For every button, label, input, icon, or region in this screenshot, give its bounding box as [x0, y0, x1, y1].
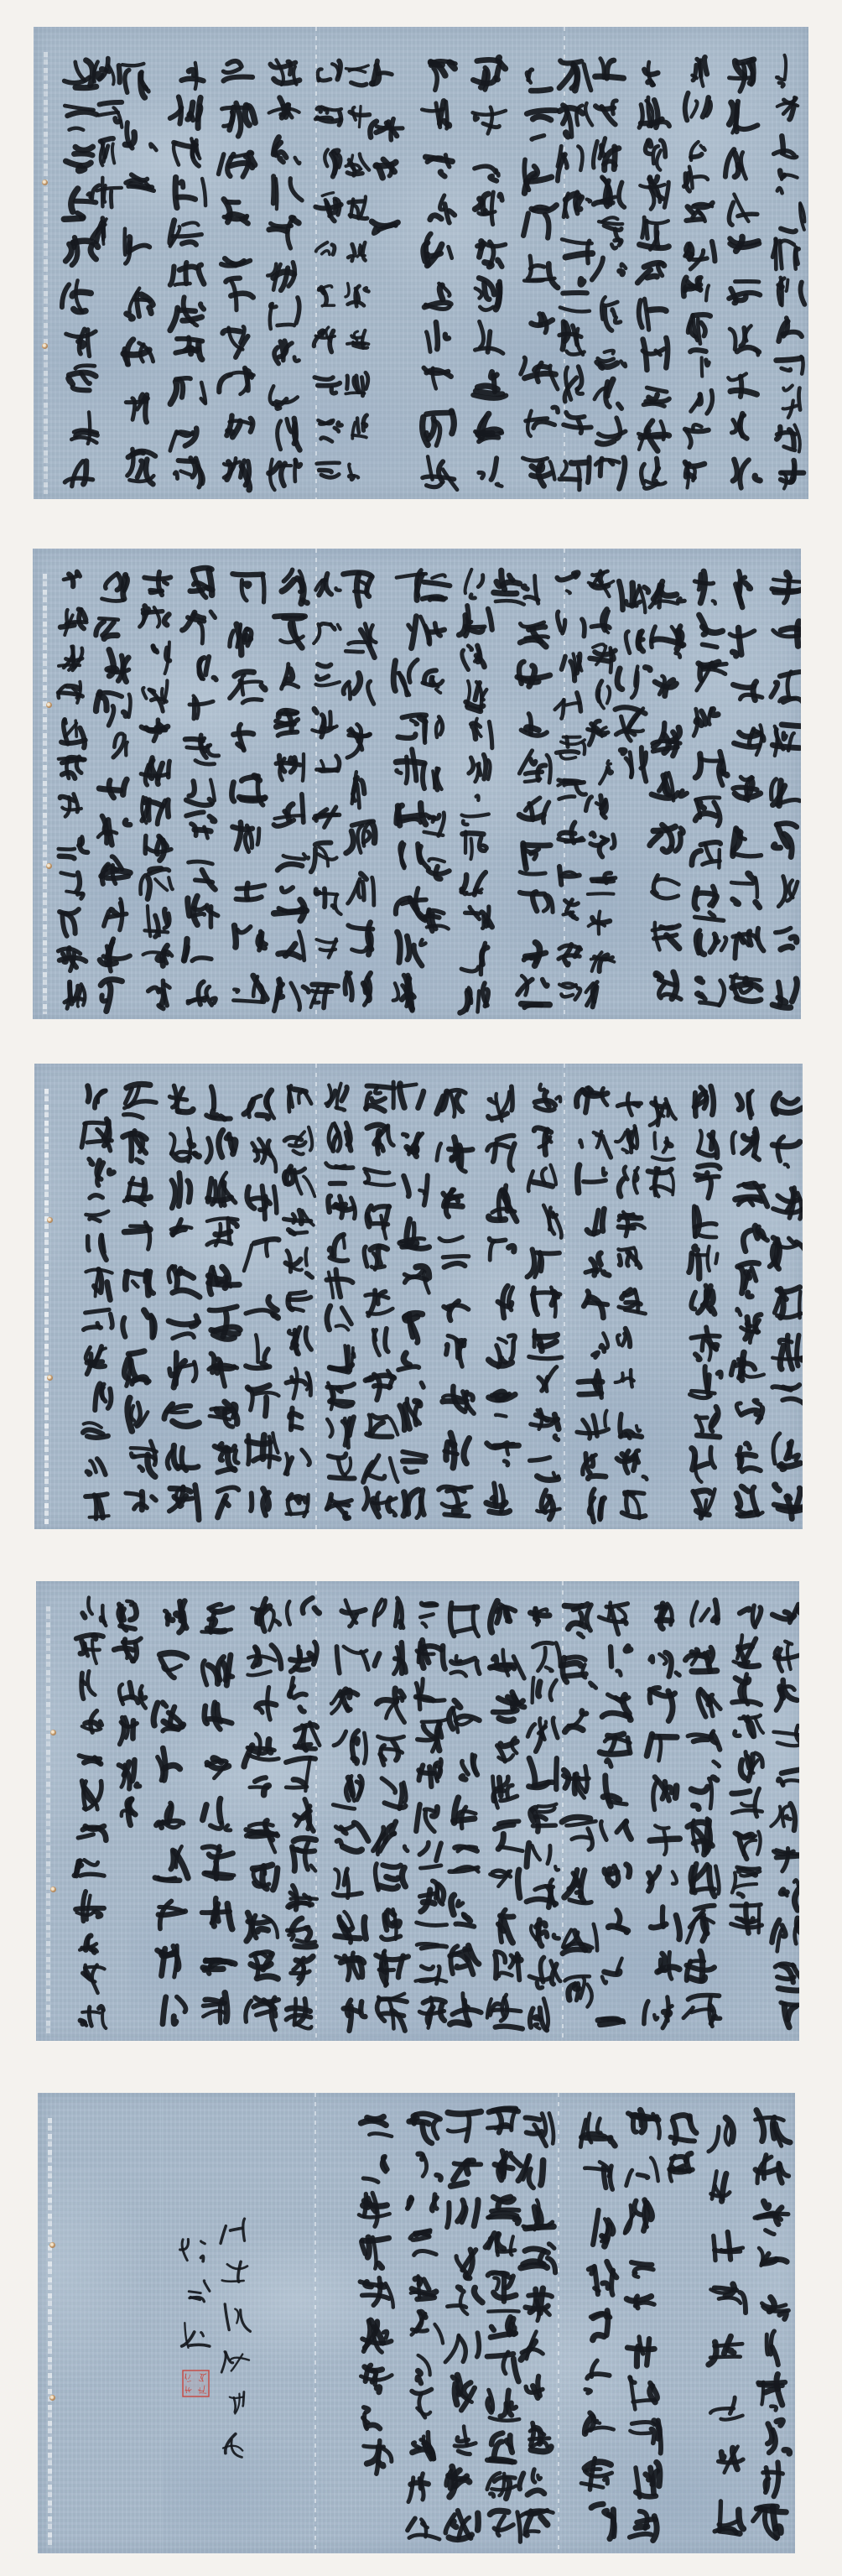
- text-column: 途之求捷去孑技略若長為: [629, 52, 679, 493]
- column-text: 和平良不之心手世度陳: [724, 1079, 774, 1525]
- text-column: 皇極之疇無黨無偏反: [573, 2105, 623, 2546]
- column-text: 三曰名家其法誑沒若遜: [55, 52, 106, 493]
- calligraphy-album: 古陵於二而下來於群妙收陶功有淵源孰云美善識表圖入而名是道之染於古而今途之求捷去孑…: [0, 0, 842, 2576]
- binding-fold-streak: [44, 52, 48, 494]
- text-column: 未必妙入正宗端揆未名家: [679, 1079, 730, 1525]
- calligraphy-panel-3: 書而博規經道室志宗和平良不之心手世度陳未必妙入正宗端揆未名家之別也書之法則點畫攸…: [34, 1064, 803, 1529]
- column-text: 大學之旨先務修齊正乎: [618, 2105, 668, 2546]
- text-column: 知執出將同衡從古度數: [303, 52, 353, 493]
- text-column: 五曰傍流泥放悍然頹巧: [385, 564, 435, 1015]
- text-column: 涉歷之異奇吾珠驚時: [223, 564, 273, 1015]
- text-column: 三曰名家其法誑沒若遜: [55, 52, 106, 493]
- column-text: 制為規矩故曰規矩方圓: [746, 2105, 795, 2546]
- seal-text: 朱偉誥印: [182, 2370, 210, 2397]
- text-column: 也已譬夫學謳之徒字音: [237, 1594, 288, 2034]
- column-text: 魂絕於一時學識練入神: [637, 1594, 688, 2034]
- text-column: 談從山推臣翁如風海餘蘊: [175, 564, 226, 1015]
- text-column: 和平良不之心手世度陳: [724, 1079, 774, 1525]
- column-text: 以資貴聰穎學尚淵深資: [158, 1079, 208, 1525]
- column-text: 途之求捷去孑技略若長為: [629, 52, 679, 493]
- column-text: 提之滿勢懸迴不脫胎易: [211, 52, 262, 493]
- text-column: 也豈有放辟邪侈而可以昭: [400, 2105, 450, 2546]
- binding-fold-streak: [46, 1606, 50, 2036]
- column-text: 五曰傍流泥放悍然頹巧: [385, 564, 435, 1015]
- text-column: 學乃居先古人云蓋有學而知: [72, 1079, 122, 1525]
- column-text: 性情各異猶同源分流共樹: [568, 1079, 618, 1525]
- text-column: 功有淵源孰云美善識表: [719, 52, 769, 493]
- column-text: 朱偉誥: [170, 2230, 221, 2358]
- text-column: 端雅弈矣奇解此謂大成: [464, 52, 514, 493]
- red-seal-stamp: 朱偉誥印: [182, 2370, 210, 2397]
- signature-name-column: 朱偉誥: [170, 2230, 221, 2358]
- column-text: 骨之文紅汲飢程之世稱之: [163, 52, 213, 493]
- text-column: 魂絕於一時學識練入神: [637, 1594, 688, 2034]
- binding-hole: [42, 180, 48, 185]
- column-text: 萬子正其心之道者乎: [350, 2106, 400, 2479]
- calligraphy-panel-1: 古陵於二而下來於群妙收陶功有淵源孰云美善識表圖入而名是道之染於古而今途之求捷去孑…: [34, 27, 808, 499]
- binding-hole: [50, 1730, 56, 1736]
- text-column: 提之滿勢懸迴不脫胎易: [211, 52, 262, 493]
- text-column: 淺深資學兼長神融筆: [478, 1079, 528, 1525]
- text-column: 骨之文紅汲飢程之世稱之: [163, 52, 213, 493]
- column-text: 學乃居先古人云蓋有學而知: [72, 1079, 122, 1525]
- binding-fold-streak: [48, 2118, 52, 2548]
- column-text: 圖入而名是道之染於古而今: [673, 52, 724, 493]
- text-column: 板調無唱無熟亦唇齒: [193, 1594, 243, 2034]
- column-text: 天圓地方群類象形聖人做則: [65, 1594, 115, 2034]
- column-text: 已集妙入時中繼往開來: [413, 52, 464, 493]
- paper-crease: [314, 2093, 316, 2553]
- column-text: 儀理義而擇流弛張悅遂: [509, 564, 559, 1015]
- column-text: 功有淵源孰云美善識表: [719, 52, 769, 493]
- text-column: 圖入而名是道之染於古而今: [673, 52, 724, 493]
- text-column: 已集妙入時中繼往開來: [413, 52, 464, 493]
- column-text: 板調無唱無熟亦唇齒: [193, 1594, 243, 2034]
- column-text: 也豈有放辟邪侈而可以昭: [400, 2105, 450, 2546]
- binding-hole: [47, 1217, 53, 1223]
- column-text: 古陵於二而下來於群妙收陶: [763, 52, 808, 493]
- column-text: 知執出將同衡從古度數: [303, 52, 353, 493]
- column-text: 澀拘攣苦迫塞鈍魯猶朽: [325, 1594, 375, 2034]
- column-text: 談從山推臣翁如風海餘蘊: [175, 564, 226, 1015]
- column-text: 也已譬夫學謳之徒字音: [237, 1594, 288, 2034]
- text-column: 天圓地方群類象形聖人做則: [65, 1594, 115, 2034]
- text-column: 體兼能天然逸出巍然: [514, 52, 564, 493]
- binding-hole: [47, 1375, 53, 1381]
- column-text: 涉歷之異奇吾珠驚時: [223, 564, 273, 1015]
- text-column: 性情各異猶同源分流共樹: [568, 1079, 618, 1525]
- binding-hole: [50, 1886, 56, 1892]
- text-column: 大學之旨先務修齊正乎: [618, 2105, 668, 2546]
- text-column: 儀理義而擇流弛張悅遂: [509, 564, 559, 1015]
- text-column: 學可勉也資不可強也: [721, 1594, 772, 1938]
- column-text: 體兼能天然逸出巍然: [514, 52, 564, 493]
- column-text: 書之至肆也之謹由謹而為是: [47, 564, 97, 1015]
- text-column: 萬子正其心之道者乎: [350, 2106, 400, 2479]
- column-text: 學可勉也資不可強也: [721, 1594, 772, 1938]
- text-column: 古陵於二而下來於群妙收陶: [763, 52, 808, 493]
- column-text: 端雅弈矣奇解此謂大成: [464, 52, 514, 493]
- calligraphy-panel-2: 迷勁遒之清爽豈鎔哉故骨格或燒增溺之字不同性其世露蹊之習上扣俗群卷廣弛木色偏之藝業…: [33, 549, 801, 1019]
- calligraphy-panel-4: 能未有學而不能者也然學學可勉也資不可強也天資縱哲標奇炫巧色飛魂絕於一時學識練入神…: [36, 1581, 799, 2041]
- binding-hole: [49, 2242, 55, 2248]
- text-column: 範圍不過曲成不遺: [702, 2105, 752, 2546]
- column-text: 未必妙入正宗端揆未名家: [679, 1079, 730, 1525]
- binding-hole: [49, 2395, 55, 2401]
- text-column: 越示其於盡形者求雅名字: [259, 52, 309, 493]
- text-column: 澀拘攣苦迫塞鈍魯猶朽: [325, 1594, 375, 2034]
- binding-hole: [42, 343, 48, 349]
- text-column: 制為規矩故曰規矩方圓: [746, 2105, 795, 2546]
- column-text: 範圍不過曲成不遺: [702, 2105, 752, 2546]
- column-text: 越示其於盡形者求雅名字: [259, 52, 309, 493]
- calligraphy-panel-5: 制為規矩故曰規矩方圓範圍不過曲成不遺者也大學之旨先務修齊正乎皇極之疇無黨無偏反聖…: [38, 2093, 795, 2553]
- text-column: 書之至肆也之謹由謹而為是: [47, 564, 97, 1015]
- column-text: 皇極之疇無黨無偏反: [573, 2105, 623, 2546]
- column-text: 淺深資學兼長神融筆: [478, 1079, 528, 1525]
- text-column: 以資貴聰穎學尚淵深資: [158, 1079, 208, 1525]
- binding-fold-streak: [44, 1089, 49, 1524]
